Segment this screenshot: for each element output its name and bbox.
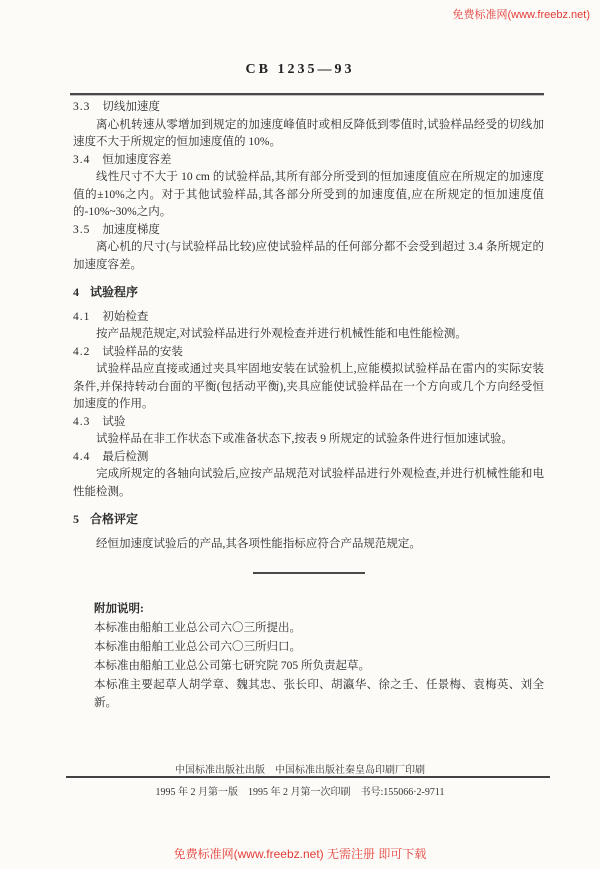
appendix-line: 本标准由船舶工业总公司第七研究院 705 所负责起草。	[94, 658, 544, 676]
section-number: 4.4	[73, 449, 90, 467]
section-number: 4	[73, 284, 80, 302]
doc-number: CB 1235—93	[0, 62, 600, 78]
section-number: 5	[73, 511, 80, 529]
watermark-bottom: 免费标准网(www.freebz.net) 无需注册 即可下载	[0, 845, 600, 862]
section-paragraph: 完成所规定的各轴向试验后,应按产品规范对试验样品进行外观检查,并进行机械性能和电…	[73, 466, 544, 501]
appendix-title: 附加说明:	[94, 601, 544, 619]
section-5: 5合格评定 经恒加速度试验后的产品,其各项性能指标应符合产品规范规定。	[73, 511, 544, 553]
appendix-line: 本标准主要起草人胡学章、魏其忠、张长印、胡瀛华、徐之壬、任景梅、袁梅英、刘全新。	[94, 677, 544, 712]
section-4-4: 4.4最后检测 完成所规定的各轴向试验后,应按产品规范对试验样品进行外观检查,并…	[73, 449, 544, 502]
section-divider	[253, 572, 365, 574]
section-paragraph: 按产品规范规定,对试验样品进行外观检查并进行机械性能和电性能检测。	[73, 326, 544, 344]
section-paragraph: 试验样品在非工作状态下或准备状态下,按表 9 所规定的试验条件进行恒加速试验。	[73, 431, 544, 449]
section-3-4: 3.4恒加速度容差 线性尺寸不大于 10 cm 的试验样品,其所有部分所受到的恒…	[73, 152, 544, 222]
section-title: 合格评定	[90, 512, 138, 526]
section-number: 3.3	[73, 99, 90, 117]
section-title: 初始检查	[102, 311, 148, 323]
section-heading: 4.4最后检测	[73, 449, 544, 467]
section-heading: 4.1初始检查	[73, 309, 544, 327]
section-number: 4.3	[73, 414, 90, 432]
section-title: 试验	[102, 416, 125, 428]
section-3-5: 3.5加速度梯度 离心机的尺寸(与试验样品比较)应使试验样品的任何部分都不会受到…	[73, 222, 544, 275]
section-title: 切线加速度	[102, 101, 160, 113]
section-3-3: 3.3切线加速度 离心机转速从零增加到规定的加速度峰值时或相反降低到零值时,试验…	[73, 99, 544, 152]
section-title: 最后检测	[102, 451, 148, 463]
footer-publisher-line: 中国标准出版社出版 中国标准出版社秦皇岛印刷厂印刷	[0, 761, 600, 776]
section-4-1: 4.1初始检查 按产品规范规定,对试验样品进行外观检查并进行机械性能和电性能检测…	[73, 309, 544, 344]
section-paragraph: 离心机的尺寸(与试验样品比较)应使试验样品的任何部分都不会受到超过 3.4 条所…	[73, 239, 544, 274]
section-number: 3.4	[73, 152, 90, 170]
section-title: 恒加速度容差	[102, 154, 171, 166]
section-heading: 4.2试验样品的安装	[73, 344, 544, 362]
appendix-line: 本标准由船舶工业总公司六〇三所归口。	[94, 639, 544, 657]
scanned-standard-page: 免费标准网(www.freebz.net) CB 1235—93 3.3切线加速…	[0, 0, 600, 869]
section-title: 加速度梯度	[102, 224, 160, 236]
section-heading: 3.4恒加速度容差	[73, 152, 544, 170]
section-heading: 5合格评定	[73, 511, 544, 529]
section-number: 4.1	[73, 309, 90, 327]
section-heading: 3.3切线加速度	[73, 99, 544, 117]
section-number: 3.5	[73, 222, 90, 240]
section-title: 试验样品的安装	[102, 346, 183, 358]
section-heading: 4试验程序	[73, 284, 544, 302]
section-heading: 4.3试验	[73, 414, 544, 432]
document-body: 3.3切线加速度 离心机转速从零增加到规定的加速度峰值时或相反降低到零值时,试验…	[73, 99, 544, 714]
appendix-notes: 附加说明: 本标准由船舶工业总公司六〇三所提出。 本标准由船舶工业总公司六〇三所…	[73, 601, 544, 712]
watermark-top-right: 免费标准网(www.freebz.net)	[452, 6, 590, 22]
header-rule	[70, 93, 544, 95]
section-title: 试验程序	[90, 285, 138, 299]
section-number: 4.2	[73, 344, 90, 362]
footer-edition-line: 1995 年 2 月第一版 1995 年 2 月第一次印刷 书号:155066·…	[0, 783, 600, 798]
section-paragraph: 经恒加速度试验后的产品,其各项性能指标应符合产品规范规定。	[73, 536, 544, 554]
section-4-2: 4.2试验样品的安装 试验样品应直接或通过夹具牢固地安装在试验机上,应能模拟试验…	[73, 344, 544, 414]
section-paragraph: 离心机转速从零增加到规定的加速度峰值时或相反降低到零值时,试验样品经受的切线加速…	[73, 117, 544, 152]
section-paragraph: 试验样品应直接或通过夹具牢固地安装在试验机上,应能模拟试验样品在雷内的实际安装条…	[73, 361, 544, 414]
section-heading: 3.5加速度梯度	[73, 222, 544, 240]
section-paragraph: 线性尺寸不大于 10 cm 的试验样品,其所有部分所受到的恒加速度值应在所规定的…	[73, 169, 544, 222]
section-4: 4试验程序	[73, 284, 544, 302]
footer-rule	[66, 776, 550, 778]
section-4-3: 4.3试验 试验样品在非工作状态下或准备状态下,按表 9 所规定的试验条件进行恒…	[73, 414, 544, 449]
appendix-line: 本标准由船舶工业总公司六〇三所提出。	[94, 620, 544, 638]
